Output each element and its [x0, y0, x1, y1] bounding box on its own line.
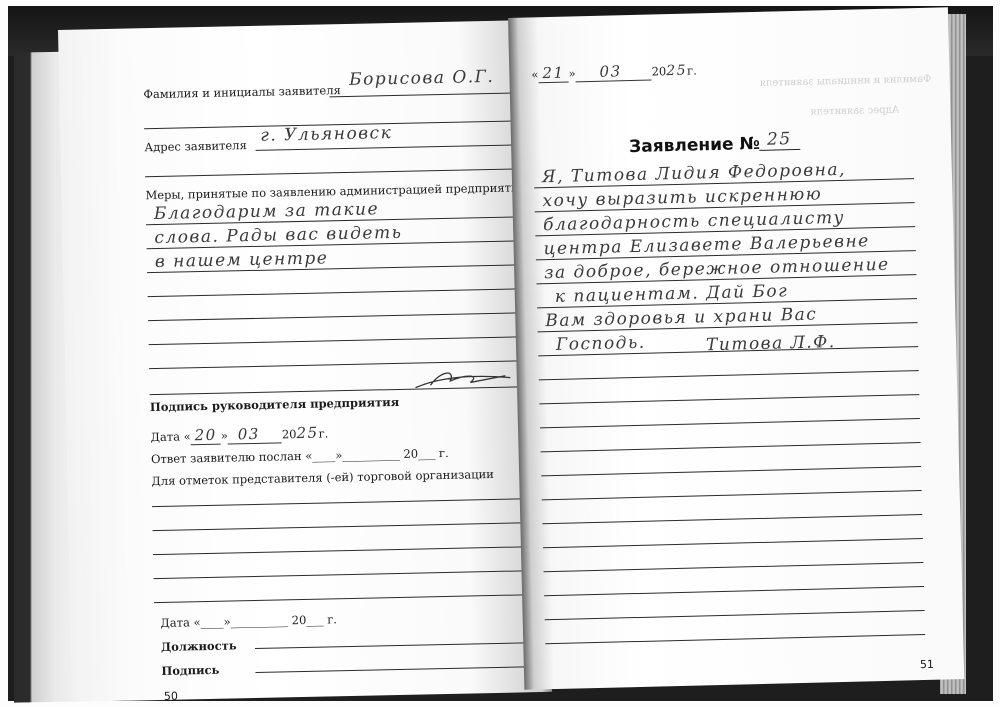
rule-line — [152, 522, 544, 531]
page-number-left: 50 — [164, 690, 178, 703]
date1-month: 03 — [228, 424, 282, 444]
date-1: Дата «20»032025г. — [150, 422, 328, 445]
rule-line — [153, 570, 545, 579]
statement-date-year-prefix: 20 — [651, 64, 666, 78]
rule-line — [545, 610, 925, 620]
statement-number: 25 — [759, 129, 800, 151]
head-signature-label: Подпись руководителя предприятия — [150, 395, 400, 414]
rule-line — [541, 466, 921, 476]
rule-line — [541, 442, 921, 452]
rule-line — [539, 370, 919, 380]
right-page: Фамилия и инициалы заявителя Адрес заяви… — [508, 7, 964, 690]
statement-date-month: 03 — [575, 62, 652, 83]
position-line — [255, 642, 547, 649]
applicant-name-label: Фамилия и инициалы заявителя — [143, 83, 341, 101]
statement-date-year-suffix: 25 — [666, 63, 687, 80]
applicant-name-line — [329, 92, 529, 97]
rule-line — [148, 312, 538, 321]
position-label: Должность — [161, 638, 237, 654]
reply-sent-label: Ответ заявителю послан «____»__________ … — [151, 446, 449, 466]
left-page: Фамилия и инициалы заявителя Борисова О.… — [58, 20, 552, 702]
date1-year-prefix: 20 — [282, 427, 297, 441]
rule-line — [152, 498, 544, 507]
rule-line — [542, 490, 922, 500]
date1-prefix: Дата « — [150, 429, 190, 444]
rule-line — [149, 336, 539, 345]
rule-line — [542, 514, 922, 524]
rule-line — [153, 546, 545, 555]
statement-date-end: г. — [687, 63, 697, 77]
applicant-address-label: Адрес заявителя — [144, 138, 247, 154]
rule-line — [543, 538, 923, 548]
page-number-right: 51 — [920, 658, 934, 671]
trade-rep-label: Для отметок представителя (-ей) торговой… — [151, 467, 494, 488]
signature-line — [255, 666, 547, 673]
rule-line — [145, 168, 531, 177]
rule-line — [154, 594, 546, 603]
date-2-label: Дата «____»__________ 20___ г. — [160, 612, 337, 630]
date1-end: г. — [318, 426, 328, 440]
rule-line — [545, 634, 925, 644]
rule-line — [148, 288, 538, 297]
show-through-text: Адрес заявителя — [810, 104, 899, 117]
applicant-name-value: Борисова О.Г. — [349, 67, 495, 90]
applicant-address-line — [256, 144, 531, 151]
measures-label: Меры, принятые по заявлению администраци… — [145, 180, 530, 202]
statement-date: «21»032025г. — [531, 59, 697, 82]
date1-day: 20 — [190, 426, 220, 446]
statement-date-day: 21 — [538, 64, 569, 84]
show-through-text: Фамилия и инициалы заявителя — [760, 74, 932, 89]
applicant-address-value: г. Ульяновск — [260, 123, 392, 146]
date1-year-suffix: 25 — [296, 424, 318, 442]
signature-label: Подпись — [161, 663, 219, 678]
rule-line — [540, 418, 920, 428]
rule-line — [544, 562, 924, 572]
statement-line-8: Господь. — [556, 333, 646, 355]
rule-line — [539, 394, 919, 404]
rule-line — [544, 586, 924, 596]
statement-title: Заявление № — [629, 134, 760, 157]
head-signature-mark — [410, 365, 521, 395]
